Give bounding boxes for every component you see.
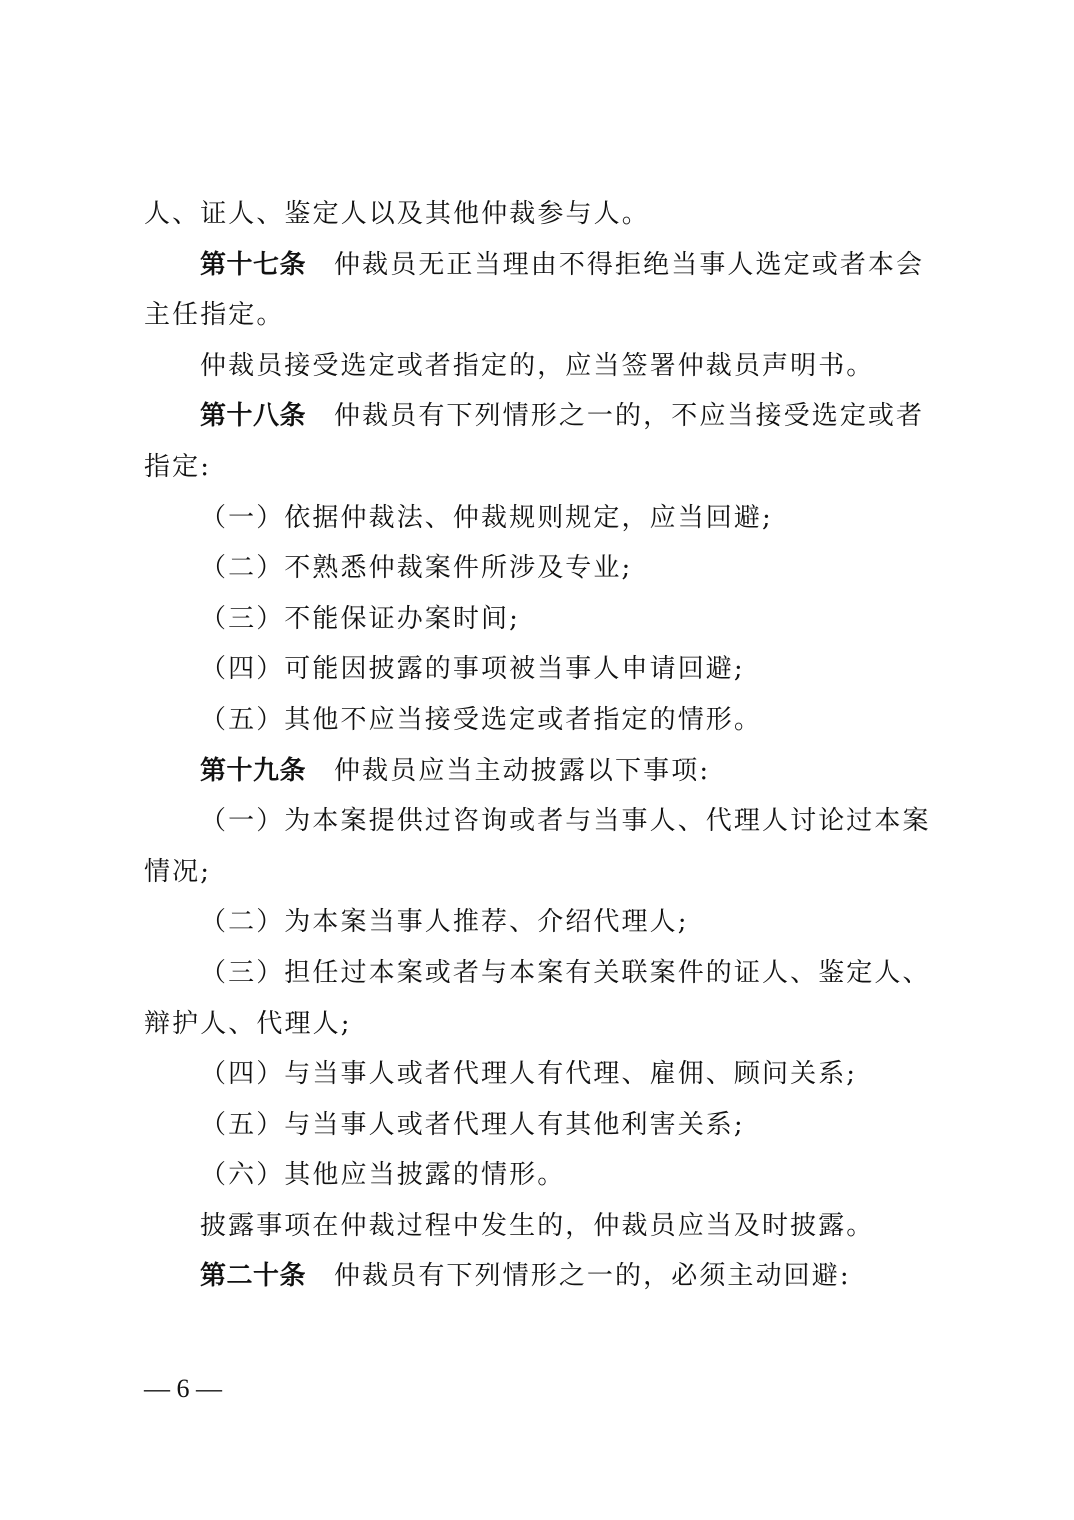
article-20-heading-line: 第二十条仲裁员有下列情形之一的，必须主动回避: (144, 1251, 934, 1302)
line-text: （四）可能因披露的事项被当事人申请回避; (200, 654, 745, 684)
line-text: （四）与当事人或者代理人有代理、雇佣、顾问关系; (200, 1059, 857, 1089)
line-text: （三）不能保证办案时间; (200, 604, 520, 634)
line-text: 仲裁员有下列情形之一的，不应当接受选定或者 (334, 401, 924, 431)
line-text: 仲裁员接受选定或者指定的，应当签署仲裁员声明书。 (200, 351, 874, 381)
line-text: 人、证人、鉴定人以及其他仲裁参与人。 (144, 199, 650, 229)
line-text: （五）其他不应当接受选定或者指定的情形。 (200, 705, 762, 735)
line-text: 情况; (144, 857, 211, 887)
line-text: 仲裁员无正当理由不得拒绝当事人选定或者本会 (334, 250, 924, 280)
line-text: 仲裁员应当主动披露以下事项: (334, 756, 710, 786)
list-item: （二）为本案当事人推荐、介绍代理人; (144, 897, 934, 948)
text-line: 指定: (144, 442, 934, 493)
text-line: 辩护人、代理人; (144, 999, 934, 1050)
article-17-heading-line: 第十七条仲裁员无正当理由不得拒绝当事人选定或者本会 (144, 240, 934, 291)
text-line: 主任指定。 (144, 290, 934, 341)
line-text: 仲裁员有下列情形之一的，必须主动回避: (334, 1261, 851, 1291)
document-body: 人、证人、鉴定人以及其他仲裁参与人。 第十七条仲裁员无正当理由不得拒绝当事人选定… (144, 189, 934, 1302)
text-line: 情况; (144, 847, 934, 898)
line-text: （三）担任过本案或者与本案有关联案件的证人、鉴定人、 (200, 958, 931, 988)
list-item: （四）与当事人或者代理人有代理、雇佣、顾问关系; (144, 1049, 934, 1100)
list-item: （三）担任过本案或者与本案有关联案件的证人、鉴定人、 (144, 948, 934, 999)
line-text: （二）不熟悉仲裁案件所涉及专业; (200, 553, 632, 583)
list-item: （二）不熟悉仲裁案件所涉及专业; (144, 543, 934, 594)
list-item: （一）为本案提供过咨询或者与当事人、代理人讨论过本案 (144, 796, 934, 847)
page-number: — 6 — (144, 1374, 222, 1404)
line-text: 披露事项在仲裁过程中发生的，仲裁员应当及时披露。 (200, 1211, 874, 1241)
paragraph-line: 披露事项在仲裁过程中发生的，仲裁员应当及时披露。 (144, 1201, 934, 1252)
line-text: （一）为本案提供过咨询或者与当事人、代理人讨论过本案 (200, 806, 931, 836)
line-text: （一）依据仲裁法、仲裁规则规定，应当回避; (200, 503, 773, 533)
article-number: 第十八条 (200, 401, 306, 431)
list-item: （三）不能保证办案时间; (144, 594, 934, 645)
list-item: （五）其他不应当接受选定或者指定的情形。 (144, 695, 934, 746)
line-text: 辩护人、代理人; (144, 1009, 352, 1039)
article-19-heading-line: 第十九条仲裁员应当主动披露以下事项: (144, 746, 934, 797)
article-number: 第十七条 (200, 250, 306, 280)
article-number: 第二十条 (200, 1261, 306, 1291)
line-text: （二）为本案当事人推荐、介绍代理人; (200, 907, 689, 937)
line-text: （五）与当事人或者代理人有其他利害关系; (200, 1110, 745, 1140)
line-text: （六）其他应当披露的情形。 (200, 1160, 565, 1190)
list-item: （一）依据仲裁法、仲裁规则规定，应当回避; (144, 493, 934, 544)
list-item: （五）与当事人或者代理人有其他利害关系; (144, 1100, 934, 1151)
article-number: 第十九条 (200, 756, 306, 786)
list-item: （六）其他应当披露的情形。 (144, 1150, 934, 1201)
paragraph-line: 仲裁员接受选定或者指定的，应当签署仲裁员声明书。 (144, 341, 934, 392)
line-text: 主任指定。 (144, 300, 285, 330)
article-18-heading-line: 第十八条仲裁员有下列情形之一的，不应当接受选定或者 (144, 391, 934, 442)
line-text: 指定: (144, 452, 211, 482)
text-line: 人、证人、鉴定人以及其他仲裁参与人。 (144, 189, 934, 240)
list-item: （四）可能因披露的事项被当事人申请回避; (144, 644, 934, 695)
